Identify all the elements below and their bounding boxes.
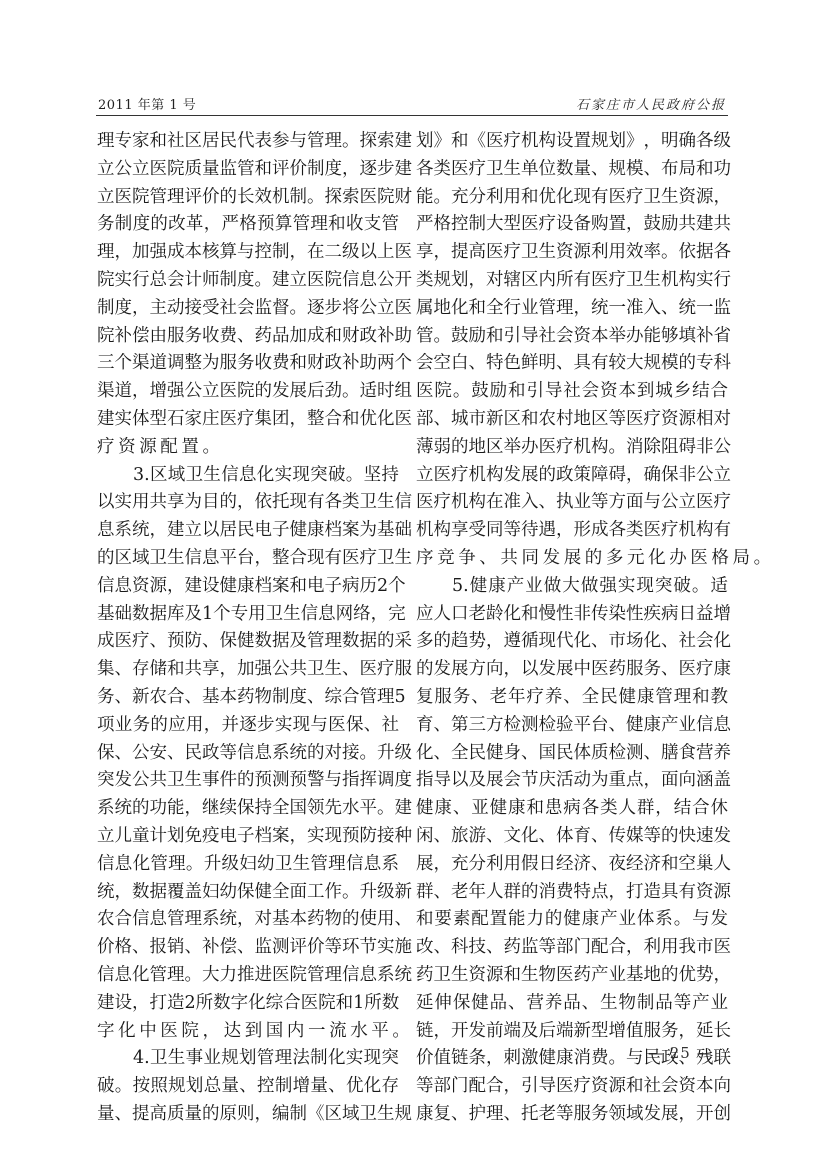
text-line: 和要素配置能力的健康产业体系。与发 (416, 906, 728, 934)
text-line: 改、科技、药监等部门配合，利用我市医 (416, 934, 728, 962)
text-line: 的区域卫生信息平台，整合现有医疗卫生 (97, 545, 399, 573)
text-line: 序竞争、共同发展的多元化办医格局。 (416, 545, 728, 573)
text-line: 院补偿由服务收费、药品加成和财政补助 (97, 323, 399, 351)
text-line: 立医院管理评价的长效机制。探索医院财 (97, 184, 399, 212)
text-line: 务、新农合、基本药物制度、综合管理5 (97, 684, 399, 712)
paragraph-start-line: 4.卫生事业规划管理法制化实现突 (97, 1045, 399, 1073)
text-line: 价格、报销、补偿、监测评价等环节实施 (97, 934, 399, 962)
text-line: 康复、护理、托老等服务领域发展，开创 (416, 1101, 728, 1129)
text-line: 立儿童计划免疫电子档案，实现预防接种 (97, 823, 399, 851)
text-line: 享，提高医疗卫生资源利用效率。依据各 (416, 239, 728, 267)
text-line: 渠道，增强公立医院的发展后劲。适时组 (97, 378, 399, 406)
text-line: 项业务的应用，并逐步实现与医保、社 (97, 712, 399, 740)
text-line: 建设，打造2所数字化综合医院和1所数 (97, 990, 399, 1018)
text-line: 健康、亚健康和患病各类人群，结合休 (416, 795, 728, 823)
text-line: 成医疗、预防、保健数据及管理数据的采 (97, 628, 399, 656)
text-line: 闲、旅游、文化、体育、传媒等的快速发 (416, 823, 728, 851)
text-line: 药卫生资源和生物医药产业基地的优势， (416, 962, 728, 990)
text-line: 群、老年人群的消费特点，打造具有资源 (416, 879, 728, 907)
text-line: 统，数据覆盖妇幼保健全面工作。升级新 (97, 879, 399, 907)
issue-label: 2011 年第 1 号 (98, 94, 196, 113)
text-line: 制度，主动接受社会监督。逐步将公立医 (97, 295, 399, 323)
text-line: 三个渠道调整为服务收费和财政补助两个 (97, 350, 399, 378)
text-line: 延伸保健品、营养品、生物制品等产业 (416, 990, 728, 1018)
text-line: 等部门配合，引导医疗资源和社会资本向 (416, 1073, 728, 1101)
text-line: 严格控制大型医疗设备购置，鼓励共建共 (416, 211, 728, 239)
text-line: 的发展方向，以发展中医药服务、医疗康 (416, 656, 728, 684)
text-line: 农合信息管理系统，对基本药物的使用、 (97, 906, 399, 934)
text-line: 多的趋势，遵循现代化、市场化、社会化 (416, 628, 728, 656)
running-header: 2011 年第 1 号 石家庄市人民政府公报 (96, 94, 728, 114)
text-line: 信息化管理。升级妇幼卫生管理信息系 (97, 851, 399, 879)
publication-title: 石家庄市人民政府公报 (576, 94, 726, 113)
text-line: 机构享受同等待遇，形成各类医疗机构有 (416, 517, 728, 545)
text-line: 理，加强成本核算与控制，在二级以上医 (97, 239, 399, 267)
right-column: 划》和《医疗机构设置规划》，明确各级各类医疗卫生单位数量、规模、布局和功能。充分… (416, 128, 728, 1129)
text-line: 立医疗机构发展的政策障碍，确保非公立 (416, 462, 728, 490)
paragraph-start-line: 3.区域卫生信息化实现突破。坚持 (97, 462, 399, 490)
text-line: 基础数据库及1个专用卫生信息网络，完 (97, 601, 399, 629)
text-line: 划》和《医疗机构设置规划》，明确各级 (416, 128, 728, 156)
text-line: 理专家和社区居民代表参与管理。探索建 (97, 128, 399, 156)
text-line: 字化中医院，达到国内一流水平。 (97, 1018, 399, 1046)
text-line: 务制度的改革，严格预算管理和收支管 (97, 211, 399, 239)
paragraph-start-line: 5.健康产业做大做强实现突破。适 (416, 573, 728, 601)
page-number: — 25 — (648, 1044, 713, 1062)
text-line: 信息资源，建设健康档案和电子病历2个 (97, 573, 399, 601)
text-line: 系统的功能，继续保持全国领先水平。建 (97, 795, 399, 823)
text-line: 量、提高质量的原则，编制《区域卫生规 (97, 1101, 399, 1129)
text-line: 管。鼓励和引导社会资本举办能够填补省 (416, 323, 728, 351)
text-line: 育、第三方检测检验平台、健康产业信息 (416, 712, 728, 740)
text-line: 建实体型石家庄医疗集团，整合和优化医 (97, 406, 399, 434)
text-line: 以实用共享为目的，依托现有各类卫生信 (97, 489, 399, 517)
text-line: 会空白、特色鲜明、具有较大规模的专科 (416, 350, 728, 378)
text-line: 破。按照规划总量、控制增量、优化存 (97, 1073, 399, 1101)
text-line: 指导以及展会节庆活动为重点，面向涵盖 (416, 767, 728, 795)
text-line: 能。充分利用和优化现有医疗卫生资源， (416, 184, 728, 212)
text-line: 应人口老龄化和慢性非传染性疾病日益增 (416, 601, 728, 629)
text-line: 保、公安、民政等信息系统的对接。升级 (97, 740, 399, 768)
text-line: 化、全民健身、国民体质检测、膳食营养 (416, 740, 728, 768)
left-column: 理专家和社区居民代表参与管理。探索建立公立医院质量监管和评价制度，逐步建立医院管… (97, 128, 399, 1129)
text-line: 息系统，建立以居民电子健康档案为基础 (97, 517, 399, 545)
text-line: 医疗机构在准入、执业等方面与公立医疗 (416, 489, 728, 517)
text-line: 医院。鼓励和引导社会资本到城乡结合 (416, 378, 728, 406)
text-line: 类规划，对辖区内所有医疗卫生机构实行 (416, 267, 728, 295)
text-line: 薄弱的地区举办医疗机构。消除阻碍非公 (416, 434, 728, 462)
text-line: 信息化管理。大力推进医院管理信息系统 (97, 962, 399, 990)
header-divider (96, 115, 728, 116)
text-line: 部、城市新区和农村地区等医疗资源相对 (416, 406, 728, 434)
text-line: 复服务、老年疗养、全民健康管理和教 (416, 684, 728, 712)
text-line: 立公立医院质量监管和评价制度，逐步建 (97, 156, 399, 184)
text-line: 展，充分利用假日经济、夜经济和空巢人 (416, 851, 728, 879)
text-line: 疗资源配置。 (97, 434, 399, 462)
text-line: 院实行总会计师制度。建立医院信息公开 (97, 267, 399, 295)
text-line: 突发公共卫生事件的预测预警与指挥调度 (97, 767, 399, 795)
text-line: 属地化和全行业管理，统一准入、统一监 (416, 295, 728, 323)
text-line: 各类医疗卫生单位数量、规模、布局和功 (416, 156, 728, 184)
text-line: 集、存储和共享，加强公共卫生、医疗服 (97, 656, 399, 684)
text-line: 链，开发前端及后端新型增值服务，延长 (416, 1018, 728, 1046)
